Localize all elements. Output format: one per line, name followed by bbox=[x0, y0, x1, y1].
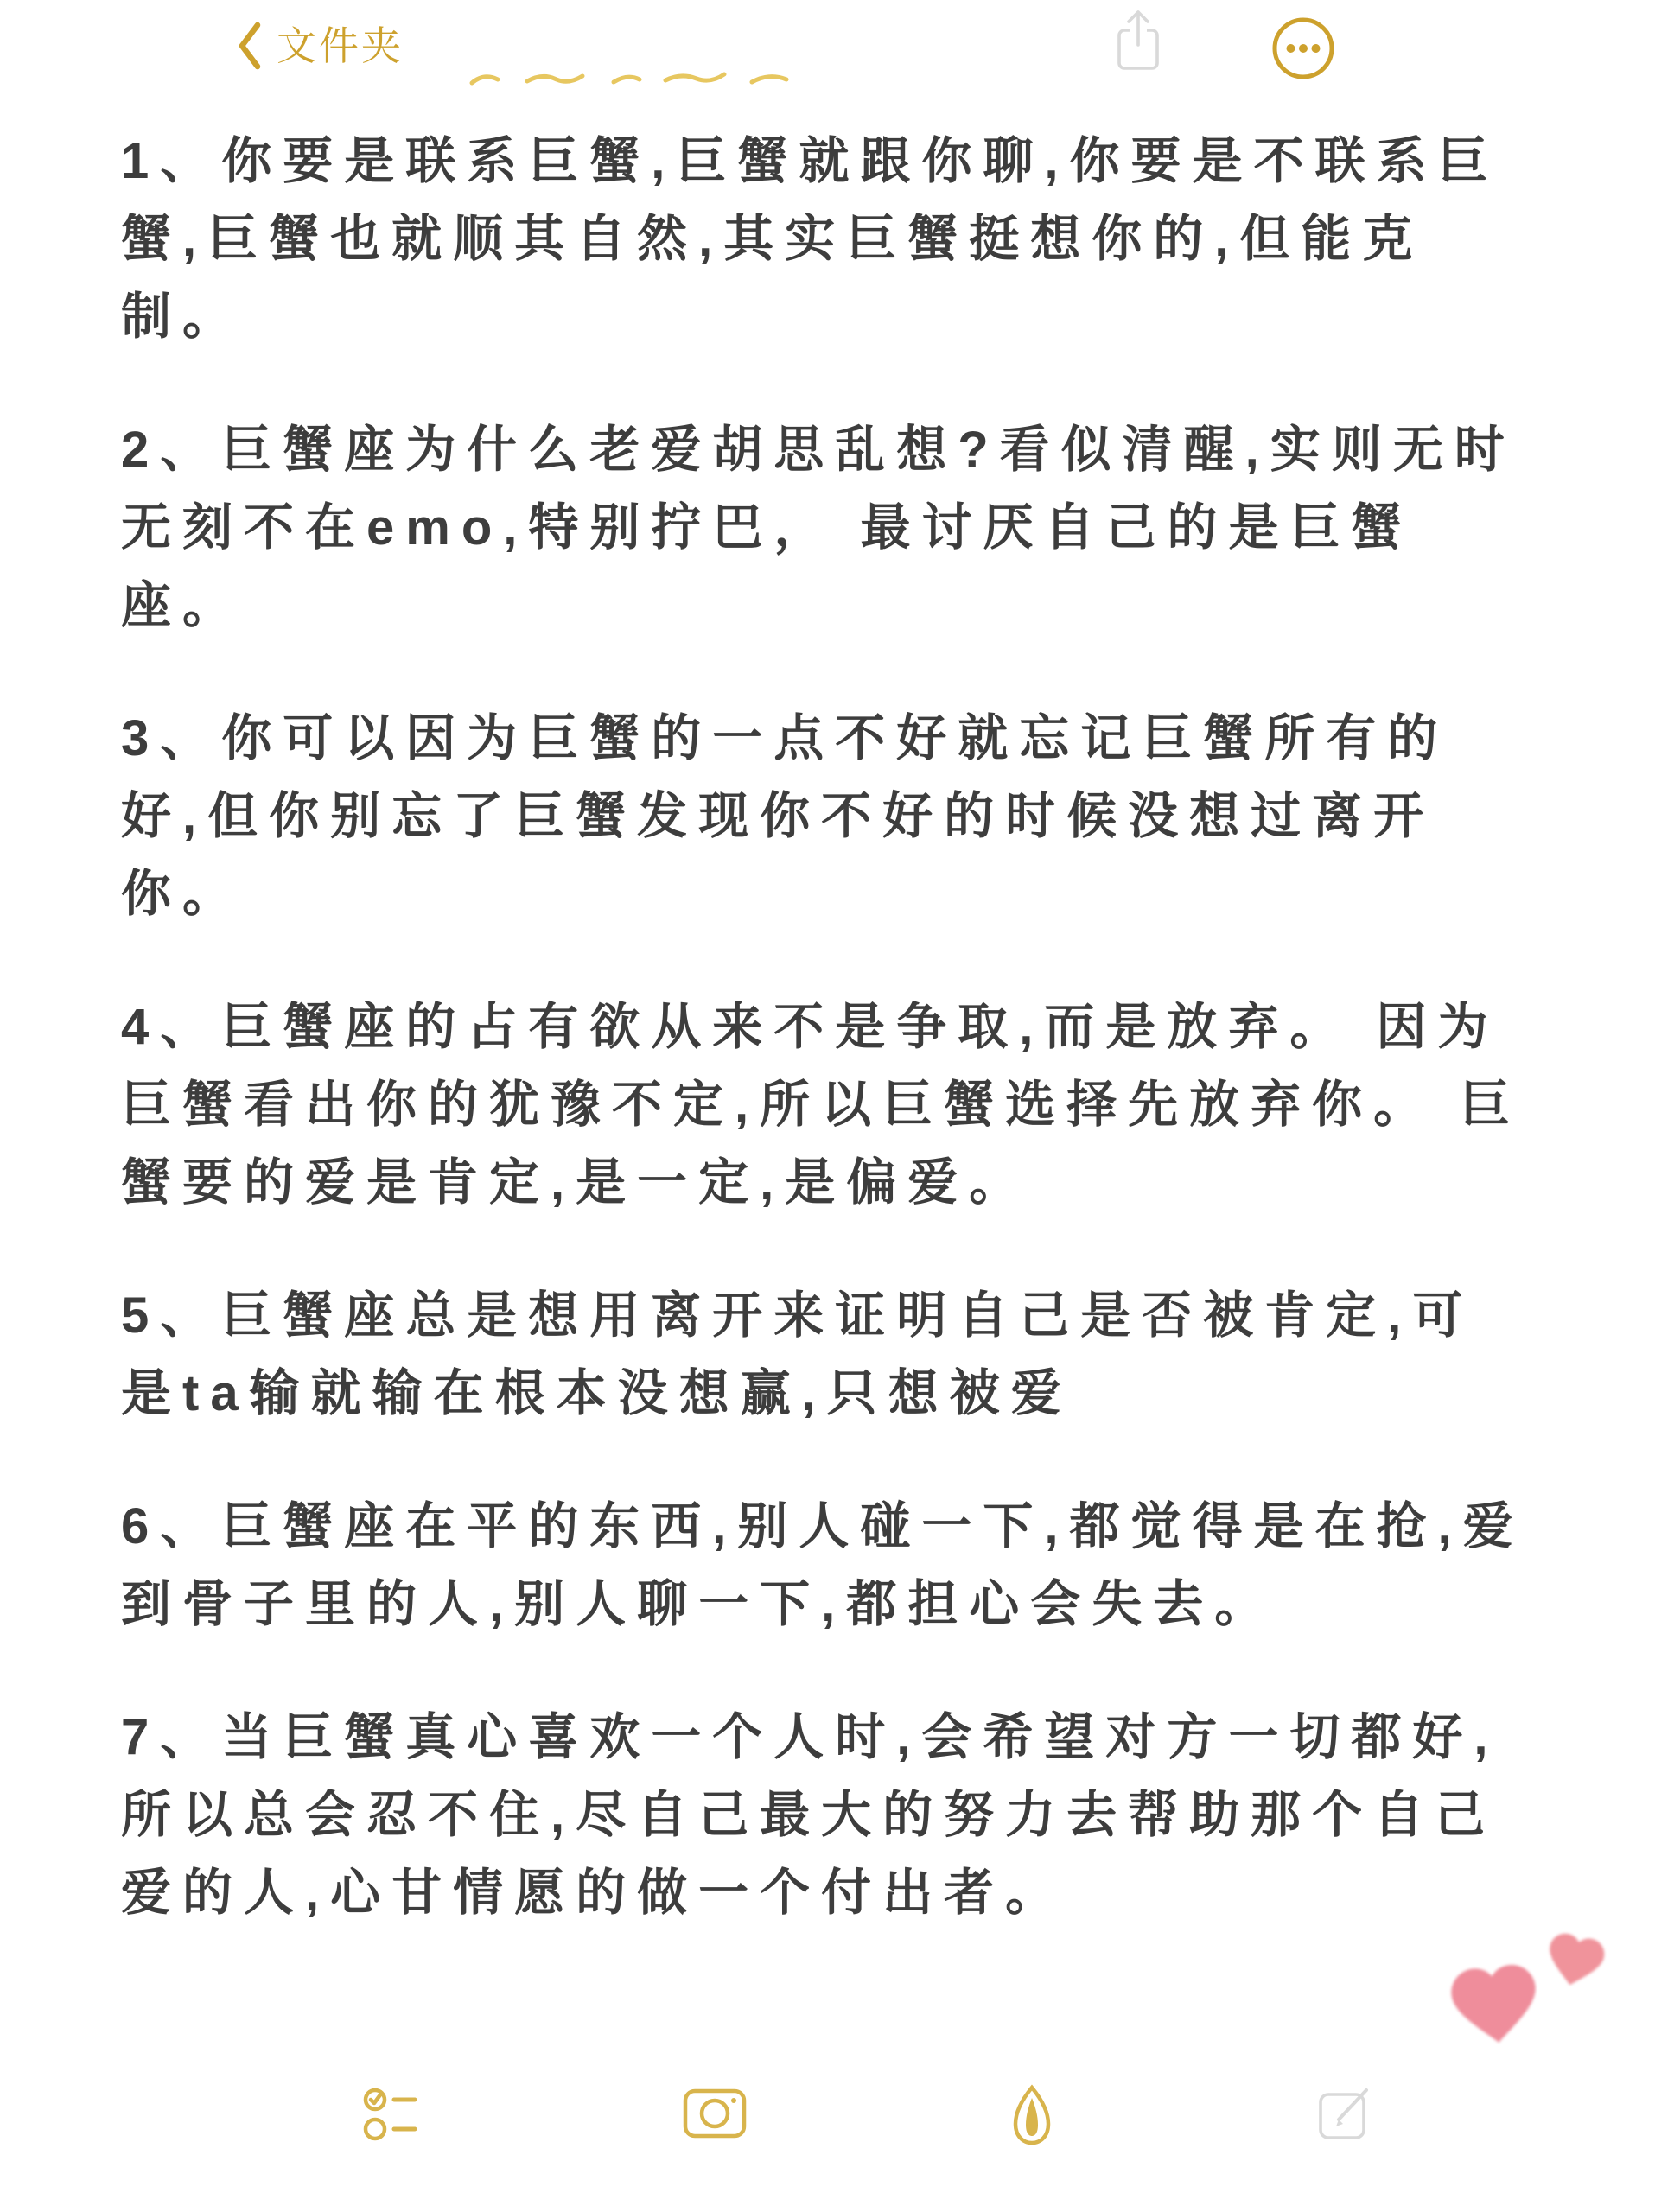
note-paragraph-4: 4、巨蟹座的占有欲从来不是争取,而是放弃。 因为巨蟹看出你的犹豫不定,所以巨蟹选… bbox=[121, 988, 1525, 1222]
camera-button[interactable] bbox=[682, 2084, 748, 2139]
heart-decoration-small bbox=[1540, 1929, 1609, 1998]
note-paragraph-3: 3、你可以因为巨蟹的一点不好就忘记巨蟹所有的好,但你别忘了巨蟹发现你不好的时候没… bbox=[121, 700, 1525, 933]
note-paragraph-5: 5、巨蟹座总是想用离开来证明自己是否被肯定,可是ta输就输在根本没想赢,只想被爱 bbox=[121, 1277, 1525, 1433]
checklist-icon bbox=[361, 2084, 422, 2146]
share-button[interactable] bbox=[1113, 9, 1163, 73]
more-options-button[interactable] bbox=[1270, 16, 1336, 81]
note-paragraph-1: 1、你要是联系巨蟹,巨蟹就跟你聊,你要是不联系巨蟹,巨蟹也就顺其自然,其实巨蟹挺… bbox=[121, 123, 1525, 356]
share-icon bbox=[1113, 9, 1163, 73]
note-paragraph-7: 7、当巨蟹真心喜欢一个人时,会希望对方一切都好,所以总会忍不住,尽自己最大的努力… bbox=[121, 1699, 1525, 1932]
note-paragraph-6: 6、巨蟹座在平的东西,别人碰一下,都觉得是在抢,爱到骨子里的人,别人聊一下,都担… bbox=[121, 1488, 1525, 1643]
ellipsis-circle-icon bbox=[1270, 16, 1336, 81]
compose-button[interactable] bbox=[1316, 2084, 1373, 2141]
markup-pen-icon bbox=[1008, 2084, 1056, 2146]
notes-app-screen: 文件夹 bbox=[0, 0, 1655, 2212]
note-editor-area[interactable]: 1、你要是联系巨蟹,巨蟹就跟你聊,你要是不联系巨蟹,巨蟹也就顺其自然,其实巨蟹挺… bbox=[121, 78, 1525, 1987]
bottom-toolbar bbox=[361, 2084, 1373, 2146]
back-chevron-icon bbox=[237, 21, 263, 71]
header-bar: 文件夹 bbox=[0, 0, 1655, 78]
compose-icon bbox=[1316, 2084, 1373, 2141]
back-button[interactable]: 文件夹 bbox=[237, 21, 404, 71]
back-button-label: 文件夹 bbox=[277, 21, 404, 71]
heart-decoration-large bbox=[1446, 1959, 1544, 2055]
note-paragraph-2: 2、巨蟹座为什么老爱胡思乱想?看似清醒,实则无时无刻不在emo,特别拧巴， 最讨… bbox=[121, 411, 1525, 645]
checklist-button[interactable] bbox=[361, 2084, 422, 2146]
markup-button[interactable] bbox=[1008, 2084, 1056, 2146]
camera-icon bbox=[682, 2084, 748, 2139]
